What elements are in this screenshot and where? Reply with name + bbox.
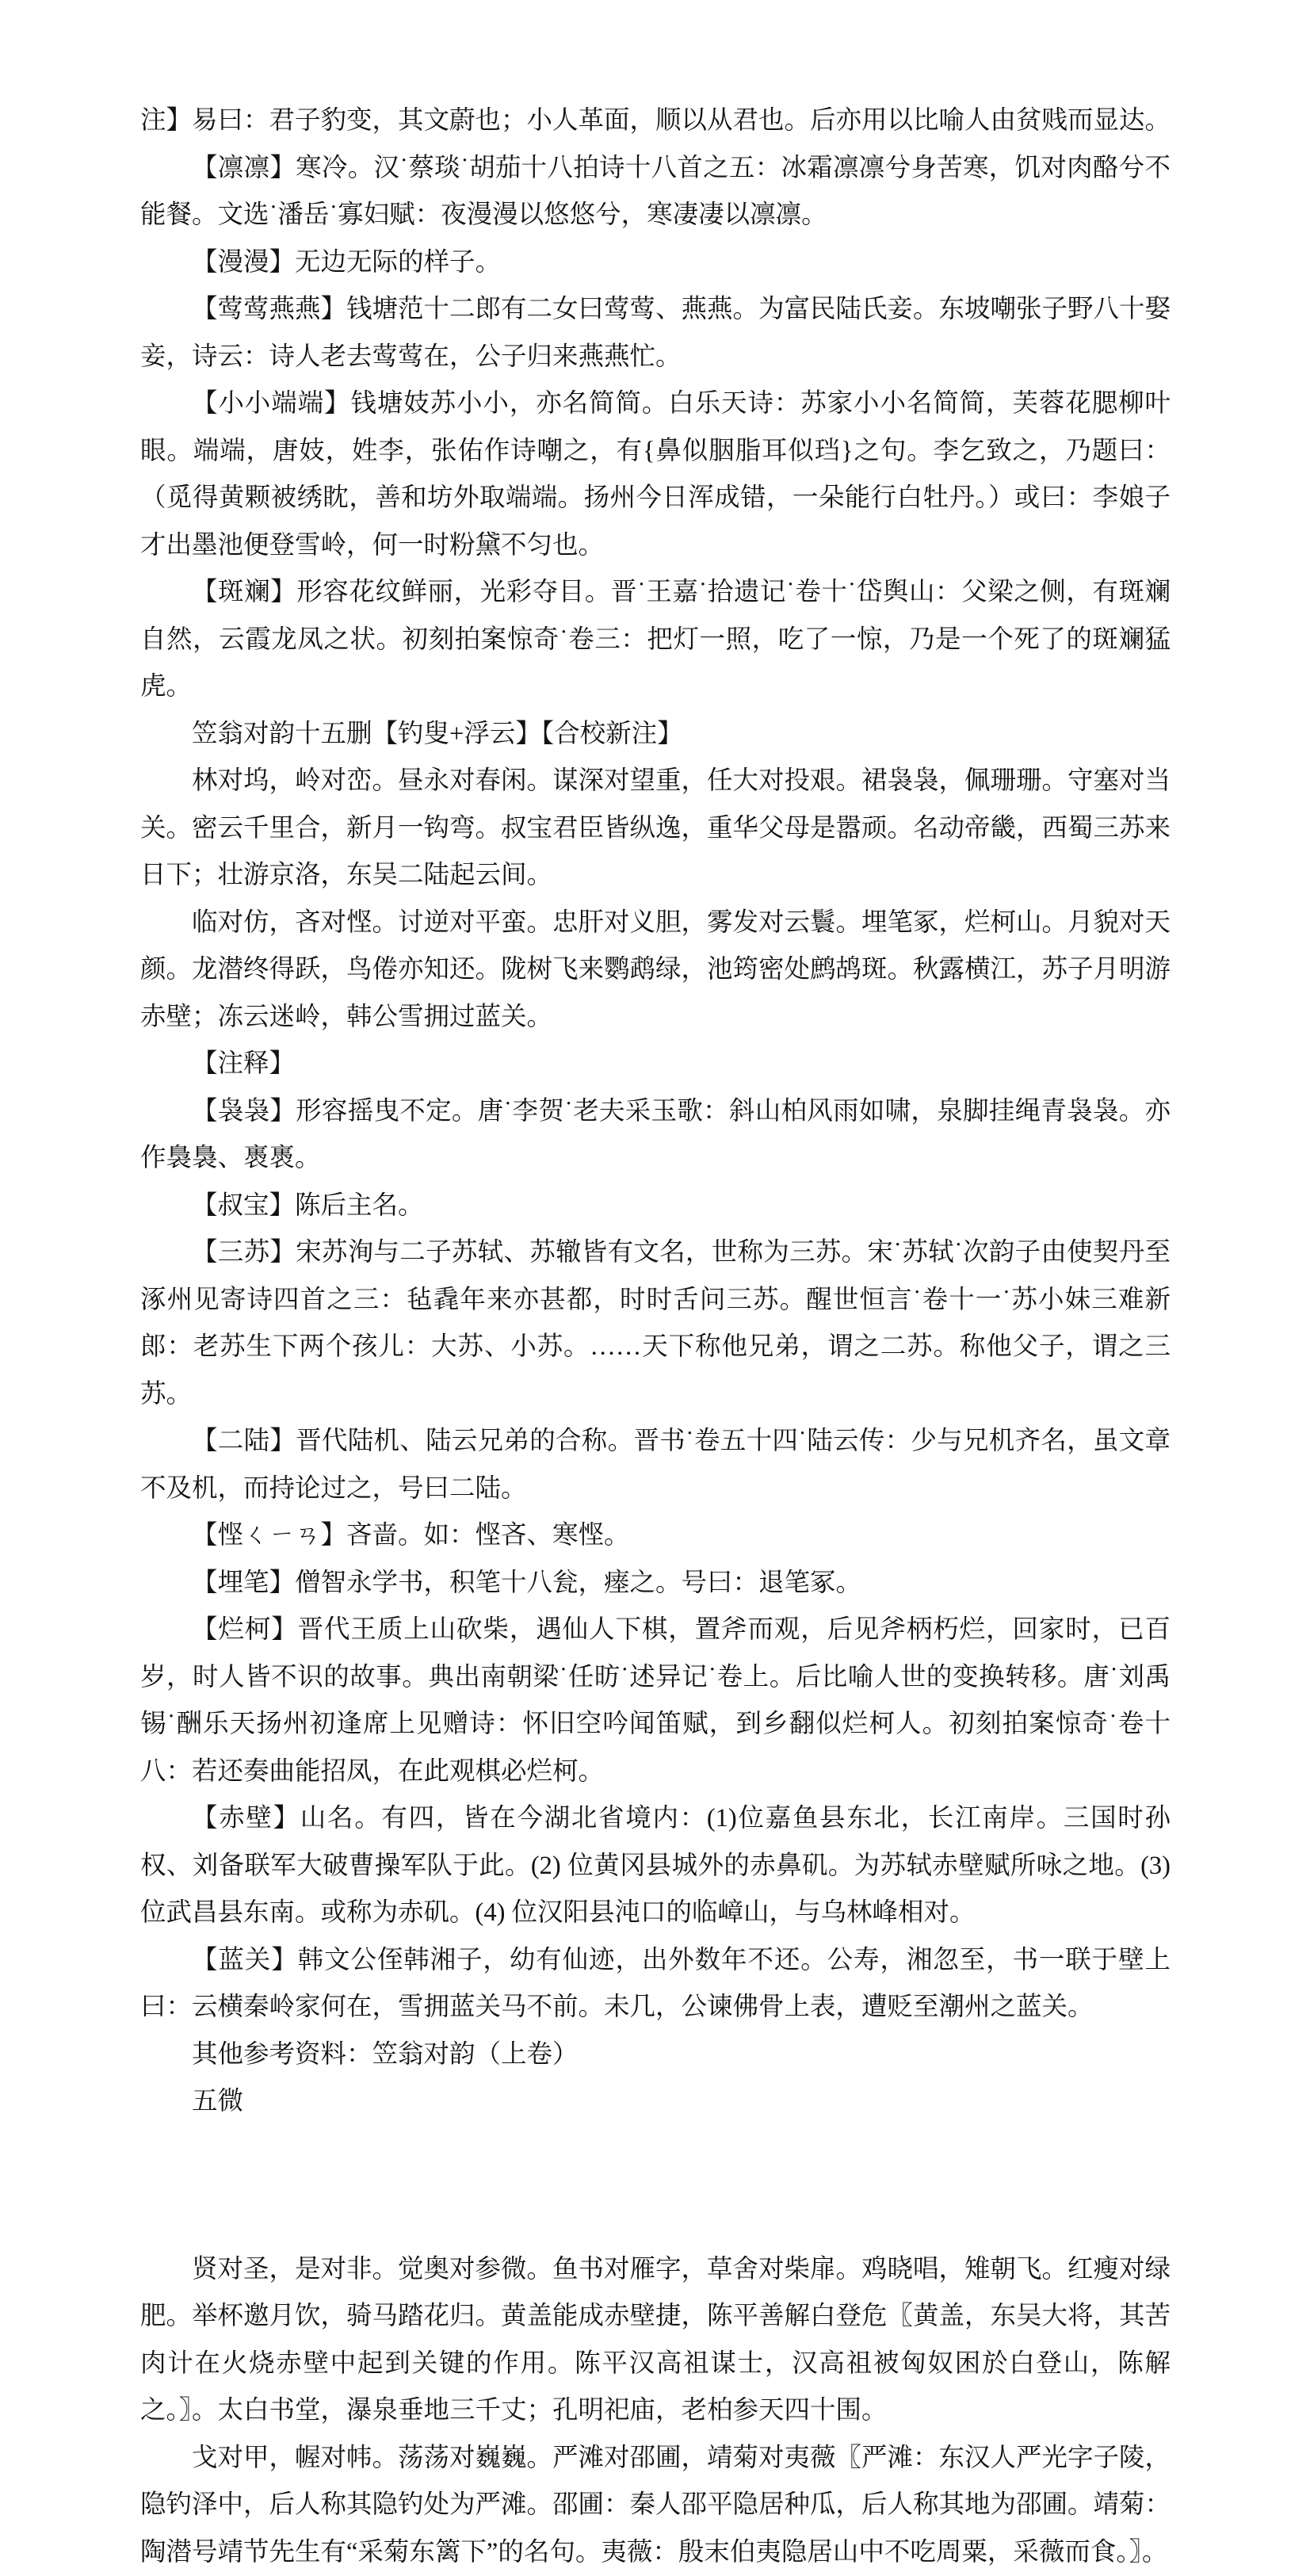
paragraph: 【叔宝】陈后主名。 [140, 1183, 1171, 1230]
paragraph: 【烂柯】晋代王质上山砍柴，遇仙人下棋，置斧而观，后见斧柄朽烂，回家时，已百岁，时… [140, 1607, 1171, 1795]
paragraph: 注】易曰：君子豹变，其文蔚也；小人革面，顺以从君也。后亦用以比喻人由贫贱而显达。 [140, 97, 1171, 145]
paragraph: 【袅袅】形容摇曳不定。唐˙李贺˙老夫采玉歌：斜山柏风雨如啸，泉脚挂绳青袅袅。亦作… [140, 1088, 1171, 1183]
paragraph: 笠翁对韵十五删【钓叟+浮云】【合校新注】 [140, 711, 1171, 759]
paragraph: 【斑斓】形容花纹鲜丽，光彩夺目。晋˙王嘉˙拾遗记˙卷十˙岱舆山：父梁之侧，有斑斓… [140, 569, 1171, 711]
paragraph: 林对坞，岭对峦。昼永对春闲。谋深对望重，任大对投艰。裙袅袅，佩珊珊。守塞对当关。… [140, 758, 1171, 900]
paragraph: 【莺莺燕燕】钱塘范十二郎有二女曰莺莺、燕燕。为富民陆氏妾。东坡嘲张子野八十娶妾，… [140, 286, 1171, 380]
document-page: 注】易曰：君子豹变，其文蔚也；小人革面，顺以从君也。后亦用以比喻人由贫贱而显达。… [140, 97, 1171, 1853]
document-body: 注】易曰：君子豹变，其文蔚也；小人革面，顺以从君也。后亦用以比喻人由贫贱而显达。… [140, 97, 1171, 1853]
paragraph: 【二陆】晋代陆机、陆云兄弟的合称。晋书˙卷五十四˙陆云传：少与兄机齐名，虽文章不… [140, 1418, 1171, 1512]
paragraph: 【赤壁】山名。有四，皆在今湖北省境内：(1)位嘉鱼县东北，长江南岸。三国时孙权、… [140, 1795, 1171, 1853]
paragraph: 【悭ㄑㄧㄢ】吝啬。如：悭吝、寒悭。 [140, 1512, 1171, 1560]
paragraph: 【埋笔】僧智永学书，积笔十八瓮，瘗之。号曰：退笔冢。 [140, 1560, 1171, 1607]
paragraph: 【小小端端】钱塘妓苏小小，亦名简简。白乐天诗：苏家小小名简简，芙蓉花腮柳叶眼。端… [140, 380, 1171, 569]
paragraph: 【注释】 [140, 1041, 1171, 1088]
paragraph: 临对仿，吝对悭。讨逆对平蛮。忠肝对义胆，雾发对云鬟。埋笔冢，烂柯山。月貌对天颜。… [140, 900, 1171, 1041]
paragraph: 【凛凛】寒冷。汉˙蔡琰˙胡茄十八拍诗十八首之五：冰霜凛凛兮身苦寒，饥对肉酪兮不能… [140, 145, 1171, 239]
paragraph: 【漫漫】无边无际的样子。 [140, 239, 1171, 287]
paragraph: 【三苏】宋苏洵与二子苏轼、苏辙皆有文名，世称为三苏。宋˙苏轼˙次韵子由使契丹至涿… [140, 1229, 1171, 1418]
